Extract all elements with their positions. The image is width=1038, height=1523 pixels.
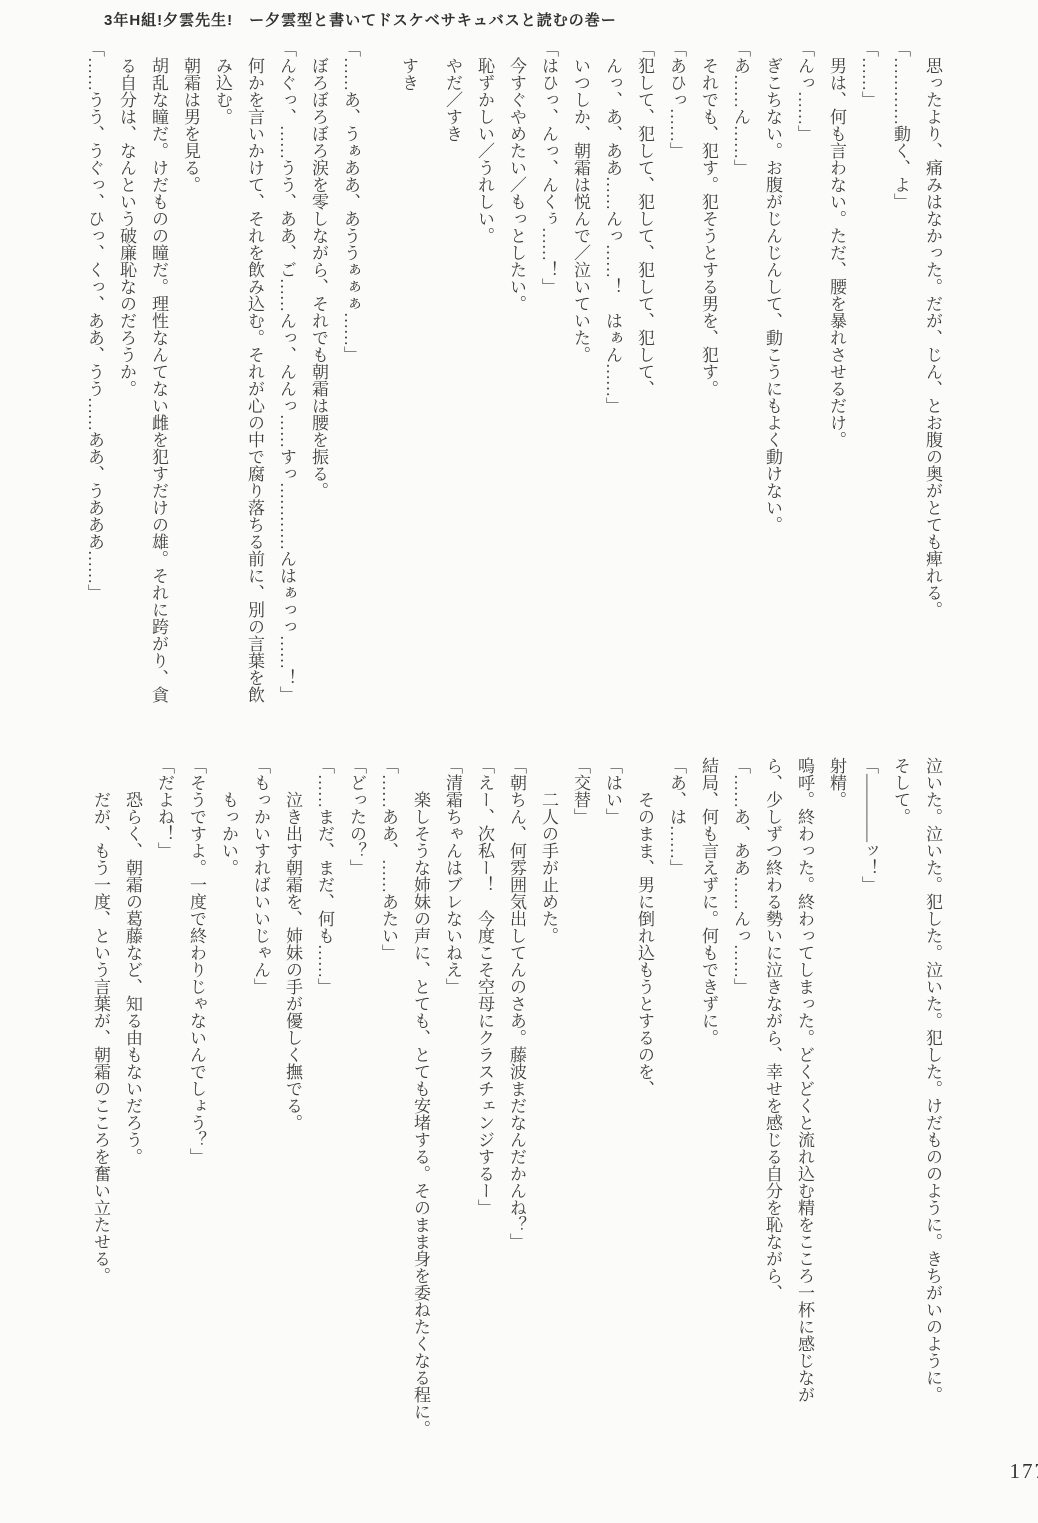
text-line: だが、もう一度、という言葉が、朝霜のこころを奮い立たせる。: [84, 757, 116, 1453]
vertical-text-block-top: 思ったより、痛みはなかった。だが、じん、とお腹の奥がとても痺れる。「…………動く…: [78, 57, 948, 753]
text-line: 射精。: [820, 757, 852, 1453]
text-line: 「んぐっ、……うう、ああ、ご……んっ、んんっ……すっ…………んはぁっっ……！」: [270, 57, 302, 753]
text-line: 「はい」: [596, 757, 628, 1453]
text-line: 今すぐやめたい／もっとしたい。: [500, 57, 532, 753]
text-line: 二人の手が止めた。: [532, 757, 564, 1453]
text-line: 「……あ、ああ……んっ……」: [724, 757, 756, 1453]
text-line: 「そうですよ。一度で終わりじゃないんでしょう？」: [180, 757, 212, 1453]
text-line: それでも、犯す。犯そうとする男を、犯す。: [692, 57, 724, 753]
text-line: 「朝ちん、何雰囲気出してんのさあ。藤波まだなんだかんね？」: [500, 757, 532, 1453]
text-line: 「……ああ、……あたい」: [372, 757, 404, 1453]
text-line: 「もっかいすればいいじゃん」: [244, 757, 276, 1453]
text-line: 「……」: [852, 57, 884, 753]
text-line: 「犯して、犯して、犯して、犯して、犯して、: [628, 57, 660, 753]
text-line: ぎこちない。お腹がじんじんして、動こうにもよく動けない。: [756, 57, 788, 753]
text-line: 「――――ッ！」: [852, 757, 884, 1453]
text-line: 「交替」: [564, 757, 596, 1453]
text-line: 恐らく、朝霜の葛藤など、知る由もないだろう。: [116, 757, 148, 1453]
text-line: 「はひっ、んっ、んくぅ……！」: [532, 57, 564, 753]
vertical-text-block-bottom: 泣いた。泣いた。犯した。泣いた。犯した。けだもののように。きちがいのように。そし…: [84, 757, 948, 1453]
text-line: 「…………動く、よ」: [884, 57, 916, 753]
text-line: そして。: [884, 757, 916, 1453]
text-line: ぼろぼろぼろ涙を零しながら、それでも朝霜は腰を振る。: [302, 57, 334, 753]
text-line: んっ、あ、ああ……んっ……！ はぁん……」: [596, 57, 628, 753]
text-line: 「あ、は……」: [660, 757, 692, 1453]
text-line: そのまま、男に倒れ込もうとするのを、: [628, 757, 660, 1453]
text-line: 「えー、次私ー！ 今度こそ空母にクラスチェンジするー」: [468, 757, 500, 1453]
text-line: 楽しそうな姉妹の声に、とても、とても安堵する。そのまま身を委ねたくなる程に。: [404, 757, 436, 1453]
text-line: 何かを言いかけて、それを飲み込む。それが心の中で腐り落ちる前に、別の言葉を飲: [238, 57, 270, 753]
text-line: る自分は、なんという破廉恥なのだろうか。: [110, 57, 142, 753]
text-line: ら、少しずつ終わる勢いに泣きながら、幸せを感じる自分を恥ながら、: [756, 757, 788, 1453]
text-line: やだ／すき: [436, 57, 468, 753]
text-line: 「どったの？」: [340, 757, 372, 1453]
text-line: 嗚呼。終わった。終わってしまった。どくどくと流れ込む精をこころ一杯に感じなが: [788, 757, 820, 1453]
text-line: 泣いた。泣いた。犯した。泣いた。犯した。けだもののように。きちがいのように。: [916, 757, 948, 1453]
page-number: 177: [1010, 1459, 1038, 1484]
page-header-title: 3年H組!夕雲先生! ー夕雲型と書いてドスケベサキュバスと読むの巻ー: [104, 9, 617, 30]
text-line: 胡乱な瞳だ。けだものの瞳だ。理性なんてない雌を犯すだけの雄。それに跨がり、貪: [142, 57, 174, 753]
text-line: 「……まだ、まだ、何も……」: [308, 757, 340, 1453]
scanned-novel-page: { "colors": { "paper": "#fbfbf9", "ink":…: [0, 0, 1038, 1523]
text-line: 恥ずかしい／うれしい。: [468, 57, 500, 753]
text-line: 「んっ……」: [788, 57, 820, 753]
text-line: 「……あ、うぁああ、あううぁぁぁ……」: [334, 57, 366, 753]
text-line: 泣き出す朝霜を、姉妹の手が優しく撫でる。: [276, 757, 308, 1453]
text-line: 朝霜は男を見る。: [174, 57, 206, 753]
text-line: 結局、何も言えずに。何もできずに。: [692, 757, 724, 1453]
text-line: 「……うう、うぐっ、ひっ、くっ、ああ、うう……ああ、うあああ……」: [78, 57, 110, 753]
text-line: 「清霜ちゃんはブレないねえ」: [436, 757, 468, 1453]
text-line: 「あ……ん……」: [724, 57, 756, 753]
text-line: すき: [392, 57, 424, 753]
text-line: 「だよね！」: [148, 757, 180, 1453]
text-line: 思ったより、痛みはなかった。だが、じん、とお腹の奥がとても痺れる。: [916, 57, 948, 753]
text-line: 「あひっ……」: [660, 57, 692, 753]
text-line: み込む。: [206, 57, 238, 753]
text-line: いつしか、朝霜は悦んで／泣いていた。: [564, 57, 596, 753]
text-line: 男は、何も言わない。ただ、腰を暴れさせるだけ。: [820, 57, 852, 753]
text-line: もっかい。: [212, 757, 244, 1453]
